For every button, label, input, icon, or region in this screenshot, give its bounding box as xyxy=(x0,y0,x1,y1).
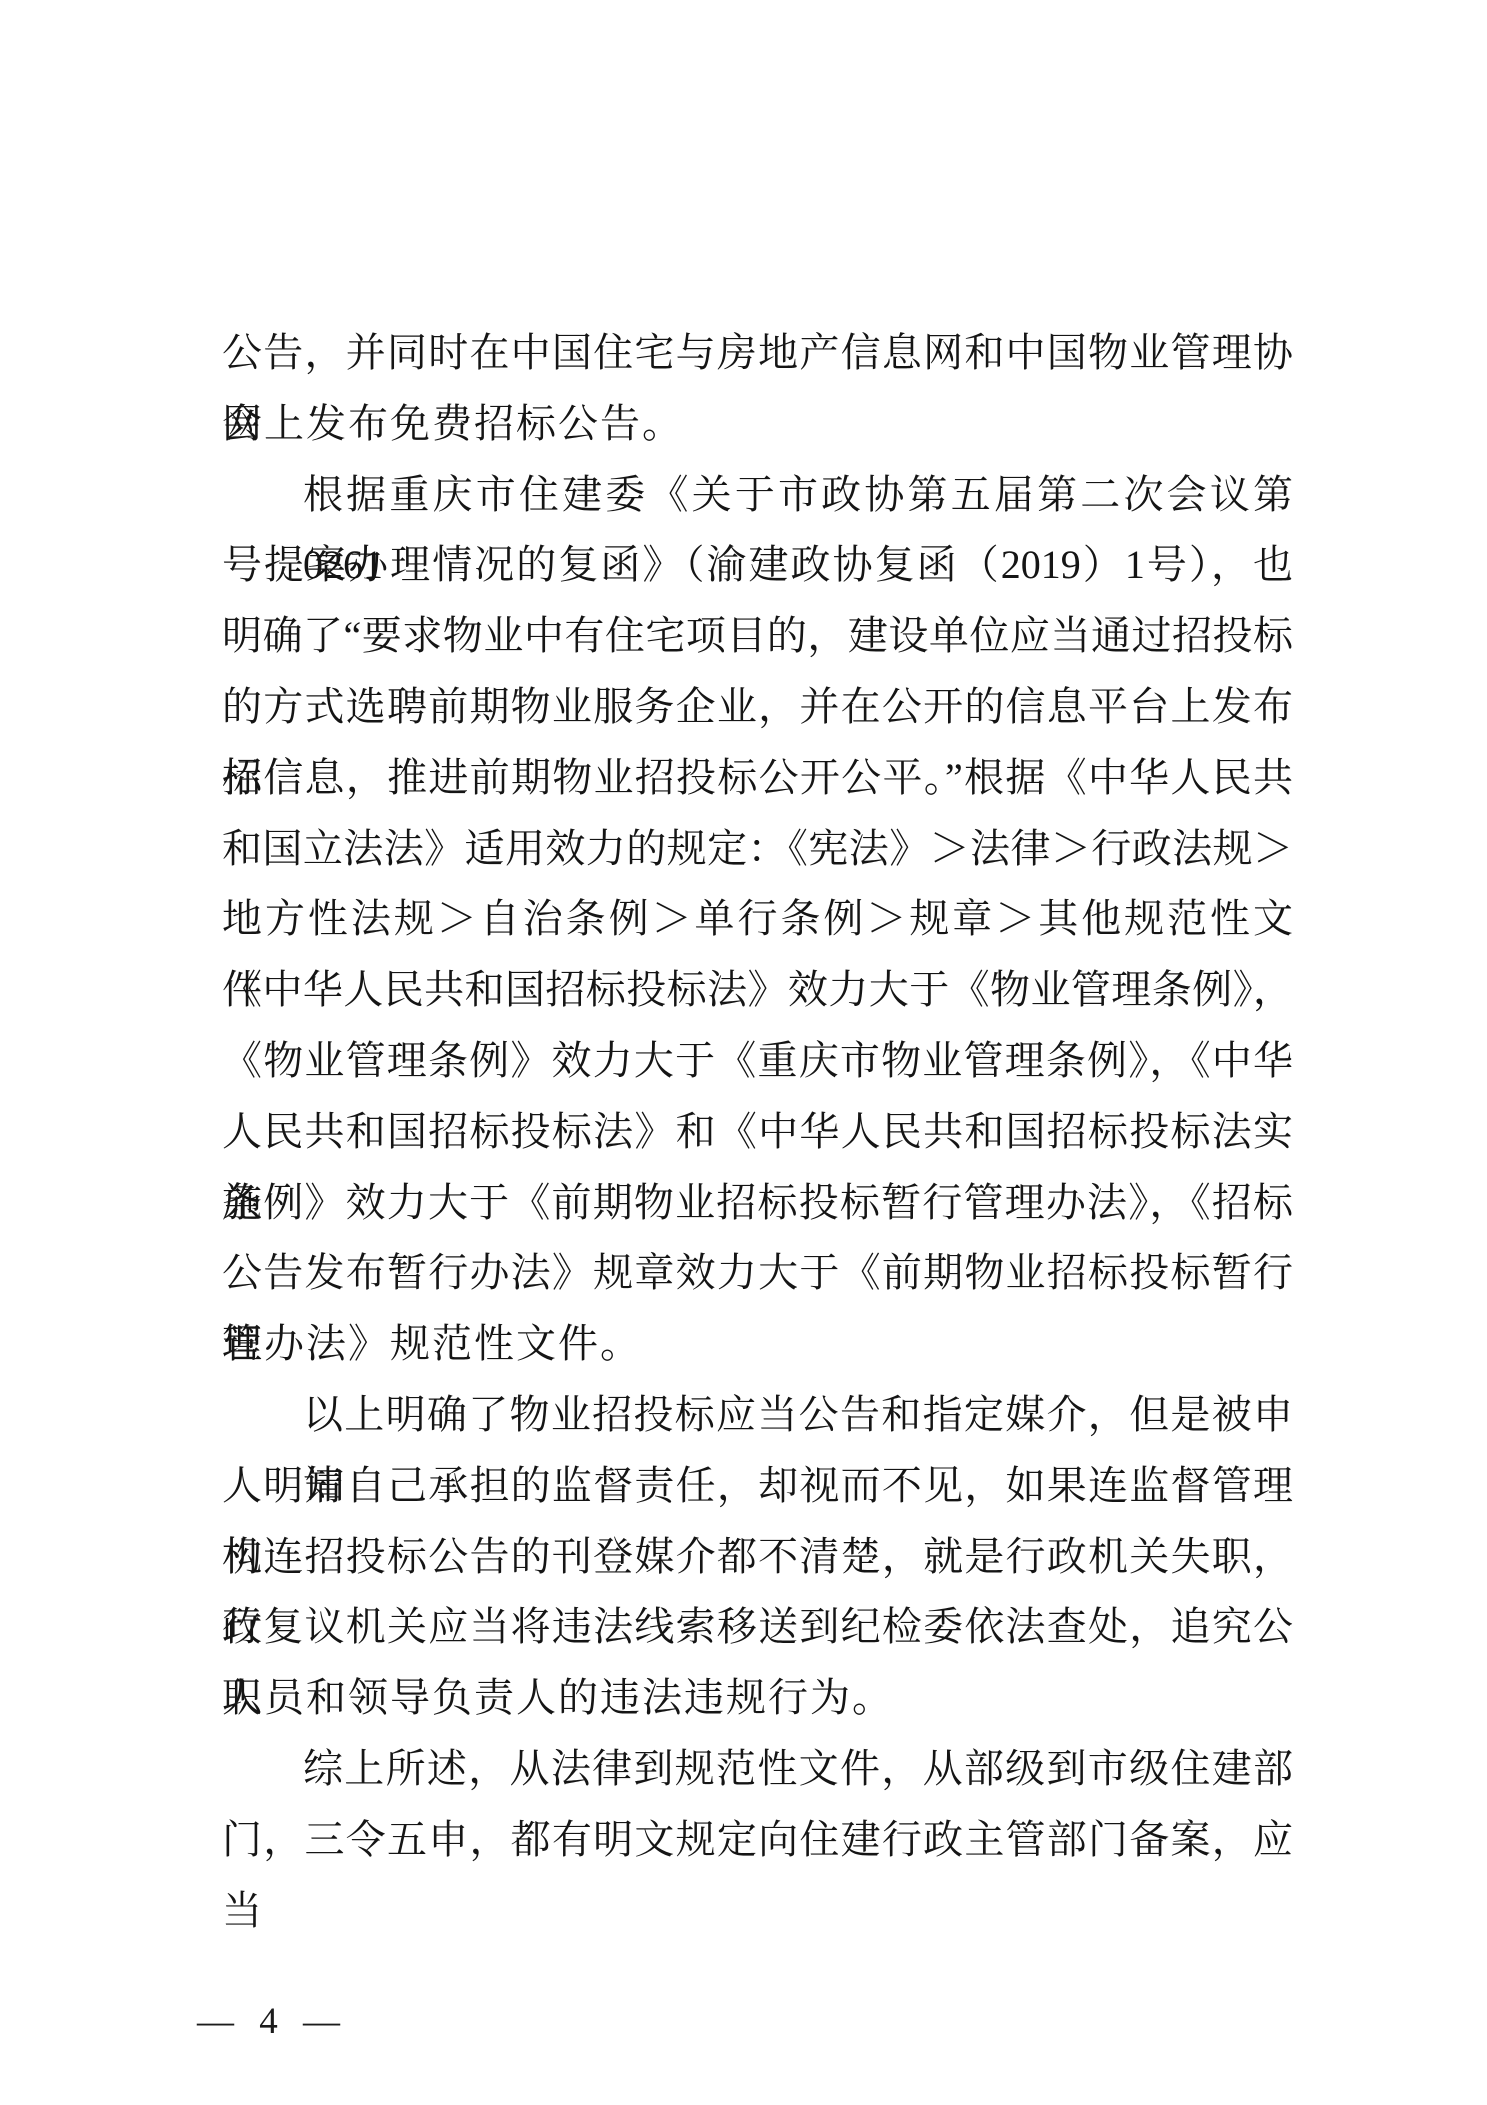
text-line: 构连招投标公告的刊登媒介都不清楚，就是行政机关失职，行 xyxy=(222,1522,1293,1593)
text-line: 根据重庆市住建委《关于市政协第五届第二次会议第0261 xyxy=(222,460,1293,531)
page-number: — 4 — xyxy=(197,1998,348,2046)
text-line: 人员和领导负责人的违法违规行为。 xyxy=(222,1663,1293,1734)
text-line: 人明知自己承担的监督责任，却视而不见，如果连监督管理机 xyxy=(222,1451,1293,1522)
text-line: 以上明确了物业招投标应当公告和指定媒介，但是被申请 xyxy=(222,1380,1293,1451)
text-line: 《物业管理条例》效力大于《重庆市物业管理条例》，《中华 xyxy=(222,1026,1293,1097)
text-line: 标信息，推进前期物业招投标公开公平。”根据《中华人民共 xyxy=(222,743,1293,814)
text-line: 公告发布暂行办法》规章效力大于《前期物业招标投标暂行管 xyxy=(222,1238,1293,1309)
text-line: 条例》效力大于《前期物业招标投标暂行管理办法》，《招标 xyxy=(222,1168,1293,1239)
text-line: 人民共和国招标投标法》和《中华人民共和国招标投标法实施 xyxy=(222,1097,1293,1168)
document-body: 公告，并同时在中国住宅与房地产信息网和中国物业管理协会网上发布免费招标公告。根据… xyxy=(222,318,1293,1876)
text-line: 政复议机关应当将违法线索移送到纪检委依法查处，追究公职 xyxy=(222,1592,1293,1663)
text-line: 地方性法规＞自治条例＞单行条例＞规章＞其他规范性文件， xyxy=(222,884,1293,955)
text-line: 《中华人民共和国招标投标法》效力大于《物业管理条例》， xyxy=(222,955,1293,1026)
text-line: 门，三令五申，都有明文规定向住建行政主管部门备案，应当 xyxy=(222,1805,1293,1876)
document-page: 公告，并同时在中国住宅与房地产信息网和中国物业管理协会网上发布免费招标公告。根据… xyxy=(0,0,1487,2105)
text-line: 理办法》规范性文件。 xyxy=(222,1309,1293,1380)
text-line: 号提案办理情况的复函》（渝建政协复函（2019）1号），也 xyxy=(222,530,1293,601)
text-line: 网上发布免费招标公告。 xyxy=(222,389,1293,460)
text-line: 的方式选聘前期物业服务企业，并在公开的信息平台上发布招 xyxy=(222,672,1293,743)
text-line: 和国立法法》适用效力的规定：《宪法》＞法律＞行政法规＞ xyxy=(222,814,1293,885)
text-line: 综上所述，从法律到规范性文件，从部级到市级住建部 xyxy=(222,1734,1293,1805)
text-line: 公告，并同时在中国住宅与房地产信息网和中国物业管理协会 xyxy=(222,318,1293,389)
text-line: 明确了“要求物业中有住宅项目的，建设单位应当通过招投标 xyxy=(222,601,1293,672)
